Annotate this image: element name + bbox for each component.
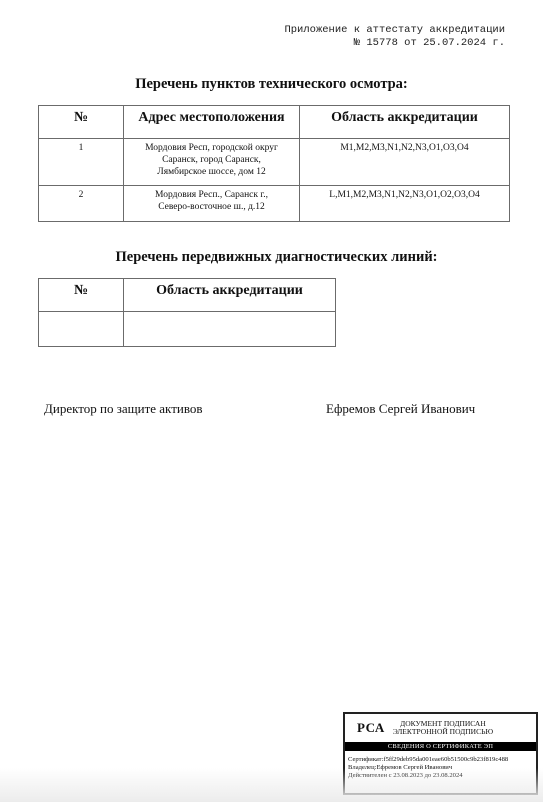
rsa-logo: РСА [357, 720, 385, 736]
e-signature-stamp: РСА Документ подписан электронной подпис… [343, 712, 538, 795]
mobile-lines-title: Перечень передвижных диагностических лин… [10, 249, 543, 266]
signatory-name: Ефремов Сергей Иванович [326, 401, 475, 417]
inspection-points-table: № Адрес местоположения Область аккредита… [38, 105, 510, 222]
column-header-number: № [39, 106, 124, 139]
appendix-line-1: Приложение к аттестату аккредитации [284, 24, 505, 37]
column-header-number: № [39, 279, 124, 312]
table-row [39, 312, 336, 347]
row-scope: L,M1,M2,M3,N1,N2,N3,O1,O2,O3,O4 [300, 186, 510, 222]
stamp-heading: Документ подписан электронной подписью [393, 720, 493, 737]
table-header-row: № Адрес местоположения Область аккредита… [39, 106, 510, 139]
row-scope: M1,M2,M3,N1,N2,N3,O1,O3,O4 [300, 139, 510, 186]
row-address: Мордовия Респ, городской округ Саранск, … [124, 139, 300, 186]
certificate-id: Сертификат:f5ff29deb95da001eae60b51500c9… [348, 756, 534, 764]
address-line: Лямбирское шоссе, дом 12 [125, 166, 298, 178]
address-line: Северо-восточное ш., д.12 [125, 201, 298, 213]
mobile-lines-table: № Область аккредитации [38, 278, 336, 347]
stamp-certificate-bar: Сведения о сертификате ЭП [345, 742, 536, 751]
certificate-owner: Владелец:Ефремов Сергей Иванович [348, 764, 534, 772]
column-header-scope: Область аккредитации [124, 279, 336, 312]
row-number [39, 312, 124, 347]
table-row: 2 Мордовия Респ., Саранск г., Северо-вос… [39, 186, 510, 222]
table-header-row: № Область аккредитации [39, 279, 336, 312]
signatory-position: Директор по защите активов [44, 401, 203, 417]
address-line: Мордовия Респ., Саранск г., [125, 189, 298, 201]
row-number: 1 [39, 139, 124, 186]
stamp-header: РСА Документ подписан электронной подпис… [345, 714, 536, 742]
appendix-line-2: № 15778 от 25.07.2024 г. [284, 37, 505, 50]
column-header-address: Адрес местоположения [124, 106, 300, 139]
row-address: Мордовия Респ., Саранск г., Северо-восто… [124, 186, 300, 222]
table-row: 1 Мордовия Респ, городской округ Саранск… [39, 139, 510, 186]
stamp-details: Сертификат:f5ff29deb95da001eae60b51500c9… [345, 751, 536, 780]
column-header-scope: Область аккредитации [300, 106, 510, 139]
appendix-note: Приложение к аттестату аккредитации № 15… [284, 24, 505, 50]
address-line: Мордовия Респ, городской округ [125, 142, 298, 154]
row-scope [124, 312, 336, 347]
certificate-validity: Действителен с 23.08.2023 до 23.08.2024 [348, 772, 534, 780]
stamp-heading-line-2: электронной подписью [393, 728, 493, 737]
address-line: Саранск, город Саранск, [125, 154, 298, 166]
inspection-points-title: Перечень пунктов технического осмотра: [0, 76, 543, 93]
row-number: 2 [39, 186, 124, 222]
